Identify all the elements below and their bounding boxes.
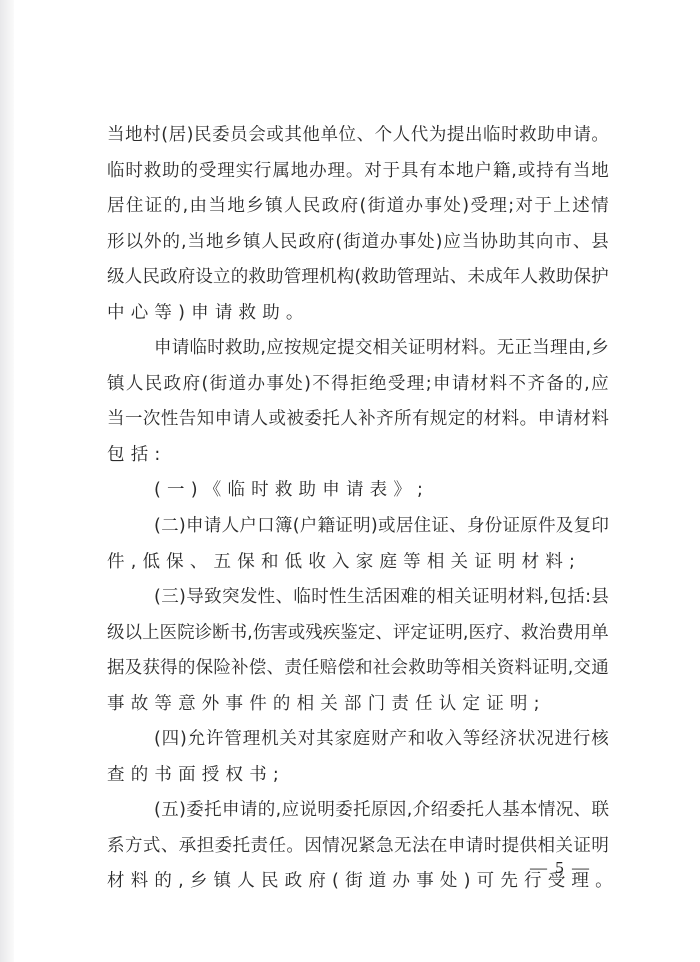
text-line: 事故等意外事件的相关部门责任认定证明;	[107, 687, 609, 723]
text-line: (三)导致突发性、临时性生活困难的相关证明材料,包括:县	[107, 580, 609, 616]
document-body: 当地村(居)民委员会或其他单位、个人代为提出临时救助申请。临时救助的受理实行属地…	[107, 118, 609, 900]
scan-page-edge	[0, 0, 14, 962]
text-line: 镇人民政府(街道办事处)不得拒绝受理;申请材料不齐备的,应	[107, 367, 609, 403]
text-line: 居住证的,由当地乡镇人民政府(街道办事处)受理;对于上述情	[107, 189, 609, 225]
text-line: 包括:	[107, 438, 609, 474]
text-line: (五)委托申请的,应说明委托原因,介绍委托人基本情况、联	[107, 793, 609, 829]
text-line: 据及获得的保险补偿、责任赔偿和社会救助等相关资料证明,交通	[107, 651, 609, 687]
text-line: 查的书面授权书;	[107, 758, 609, 794]
text-line: 级人民政府设立的救助管理机构(救助管理站、未成年人救助保护	[107, 260, 609, 296]
text-line: 级以上医院诊断书,伤害或残疾鉴定、评定证明,医疗、救治费用单	[107, 616, 609, 652]
text-line: (二)申请人户口簿(户籍证明)或居住证、身份证原件及复印	[107, 509, 609, 545]
text-line: 当地村(居)民委员会或其他单位、个人代为提出临时救助申请。	[107, 118, 609, 154]
text-line: 中心等)申请救助。	[107, 296, 609, 332]
text-line: 申请临时救助,应按规定提交相关证明材料。无正当理由,乡	[107, 331, 609, 367]
text-line: (一)《临时救助申请表》;	[107, 473, 609, 509]
page-number: — 5 —	[530, 858, 591, 878]
text-line: (四)允许管理机关对其家庭财产和收入等经济状况进行核	[107, 722, 609, 758]
text-line: 形以外的,当地乡镇人民政府(街道办事处)应当协助其向市、县	[107, 225, 609, 261]
text-line: 临时救助的受理实行属地办理。对于具有本地户籍,或持有当地	[107, 154, 609, 190]
text-line: 当一次性告知申请人或被委托人补齐所有规定的材料。申请材料	[107, 402, 609, 438]
text-line: 件,低保、五保和低收入家庭等相关证明材料;	[107, 545, 609, 581]
